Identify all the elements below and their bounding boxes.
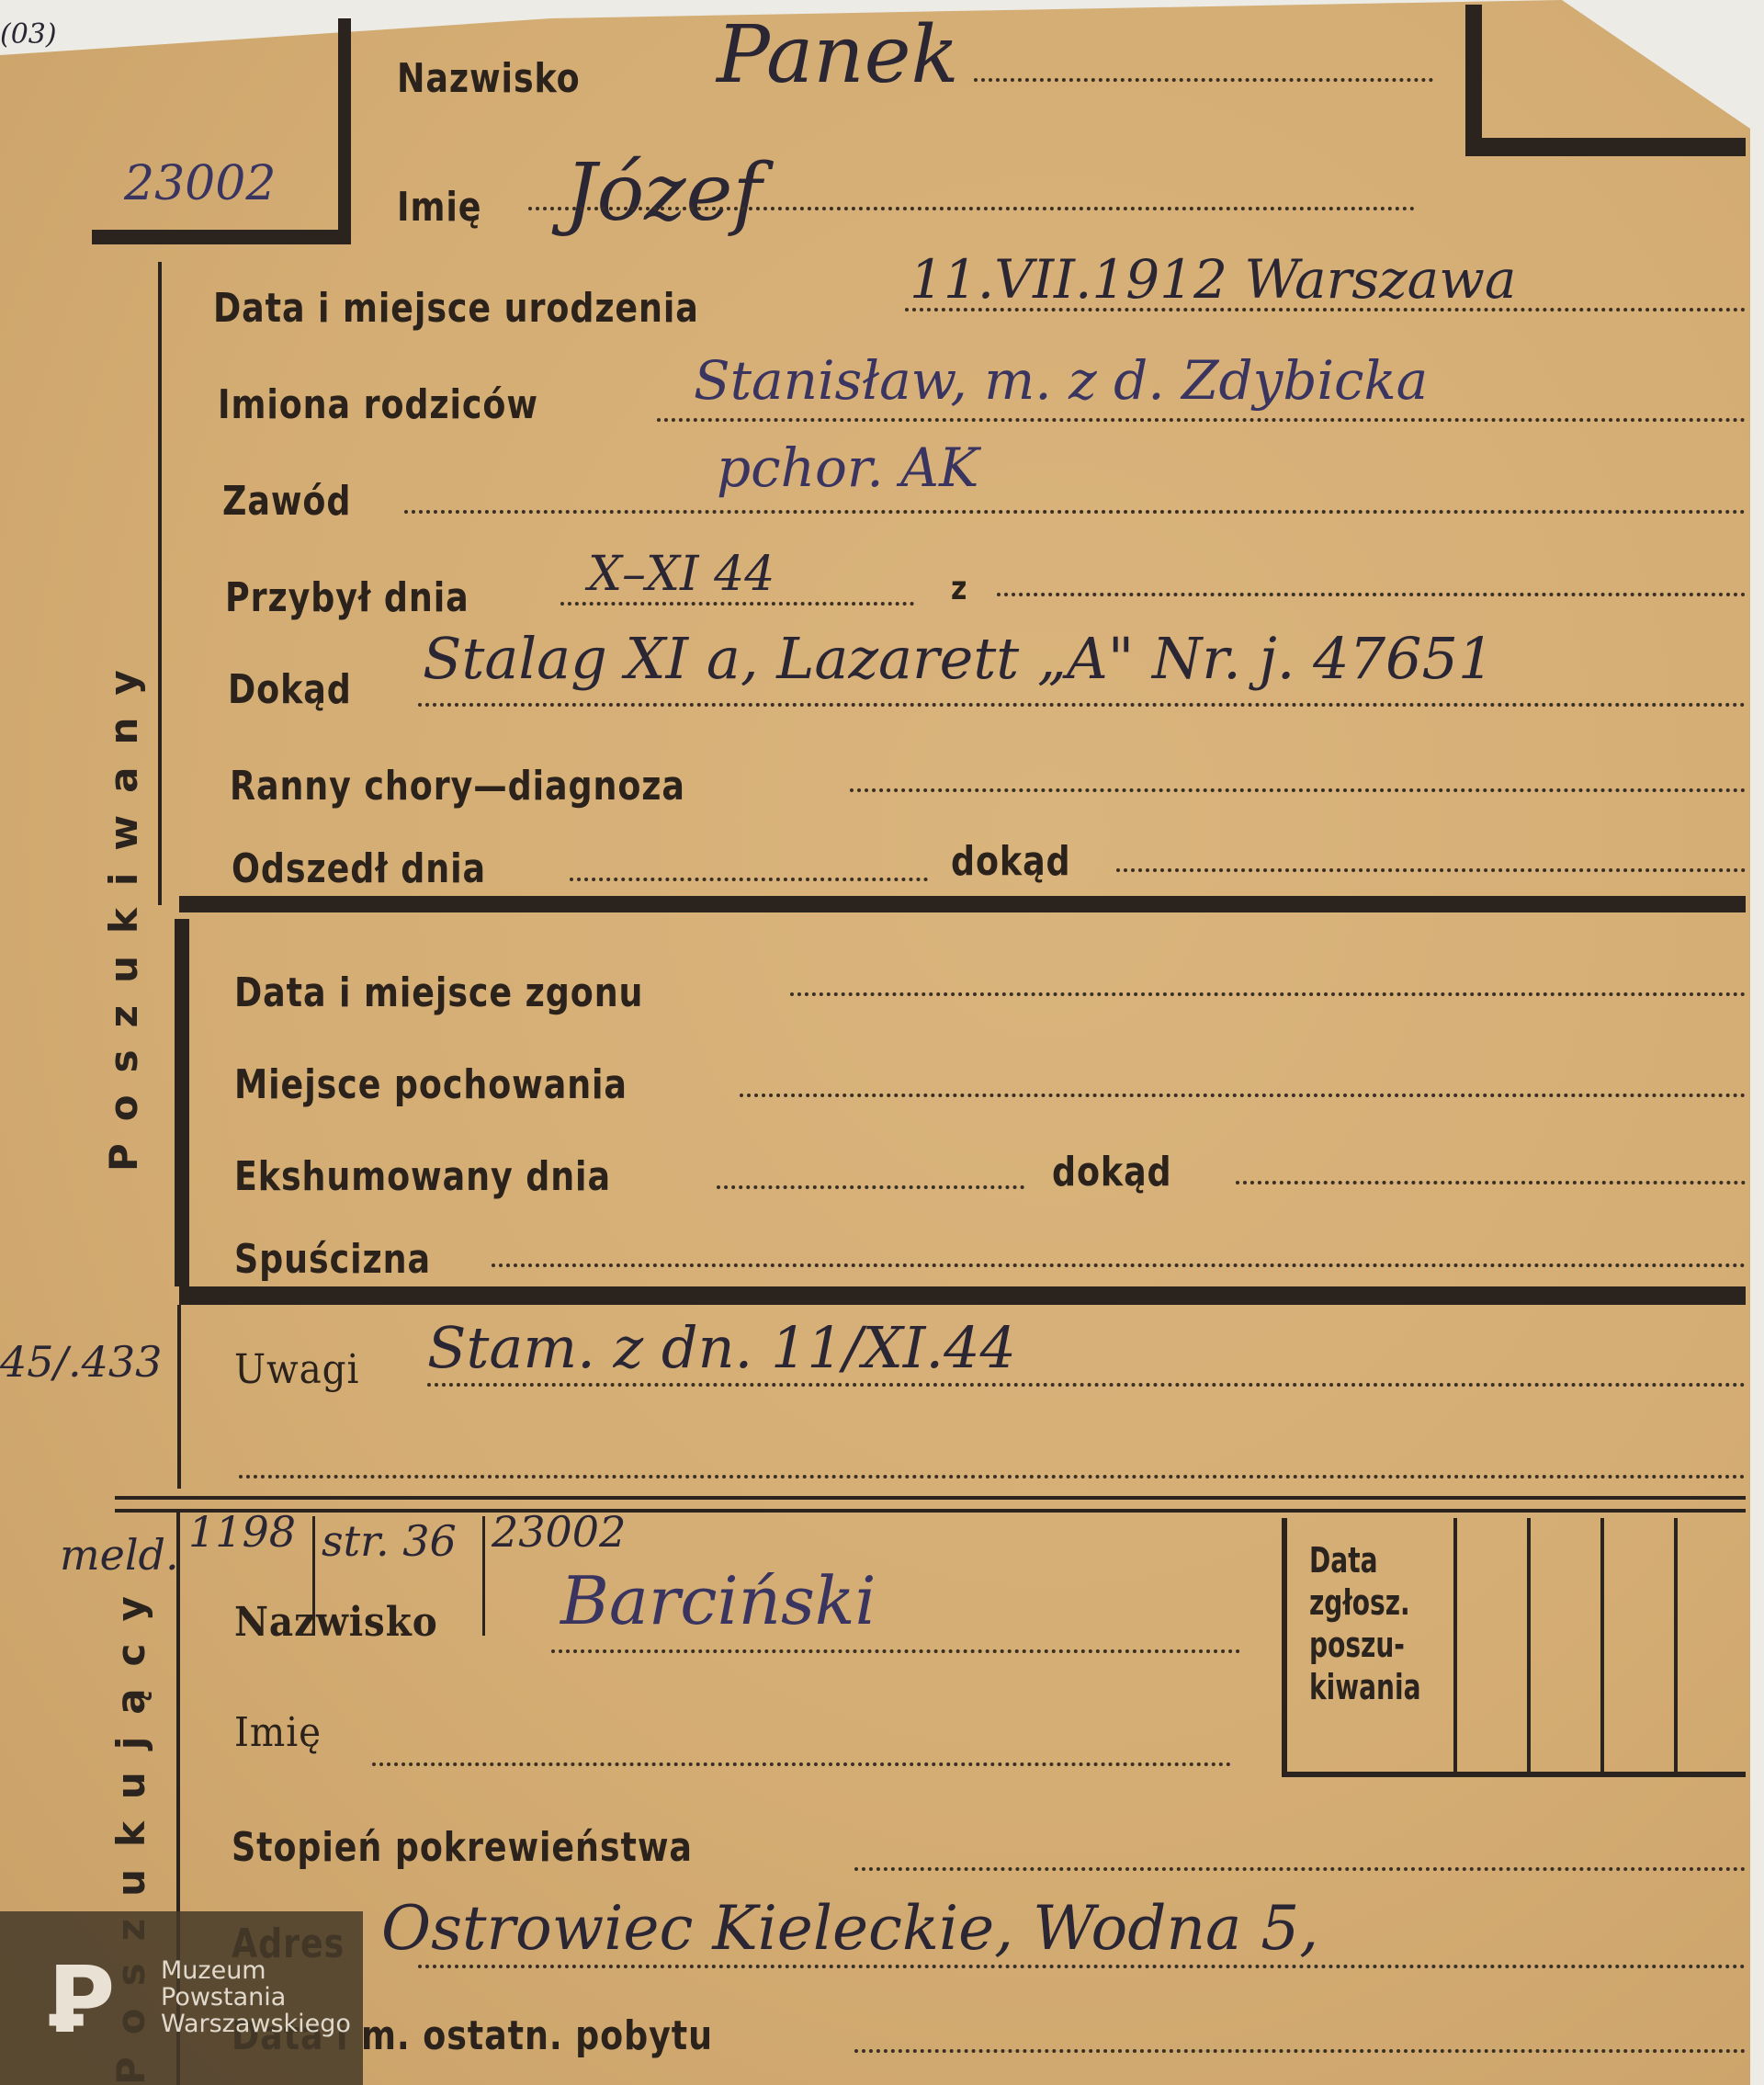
arrived-line (560, 602, 914, 606)
surname-label: Nazwisko (397, 55, 581, 102)
left-to-label: dokąd (951, 838, 1071, 885)
arrived-from-label: z (951, 570, 967, 607)
arrived-value[interactable]: X–XI 44 (588, 547, 775, 602)
section-bar-2 (179, 1286, 1746, 1305)
double-rule-bottom (115, 1509, 1746, 1513)
remarks-line (427, 1383, 1746, 1387)
header-bar (92, 230, 351, 244)
left-label: Odszedł dnia (232, 845, 486, 892)
remarks-margin-note: 45/.433 (0, 1337, 162, 1387)
museum-watermark: Ꝑ Muzeum Powstania Warszawskiego (0, 1911, 363, 2085)
box-col-2 (1527, 1518, 1531, 1772)
museum-name-line-3: Warszawskiego (161, 2011, 351, 2037)
box-line-4: kiwania (1309, 1666, 1421, 1708)
address-line (418, 1965, 1746, 1968)
estate-line (492, 1263, 1746, 1267)
birth-line (905, 308, 1746, 312)
box-line-1: Data (1309, 1539, 1421, 1581)
searcher-surname-label: Nazwisko (234, 1599, 438, 1646)
first-name-label: Imię (397, 184, 481, 231)
museum-name-line-1: Muzeum (161, 1957, 351, 1984)
surname-value[interactable]: Panek (717, 9, 959, 101)
death-line (790, 992, 1746, 996)
occupation-line (404, 510, 1746, 514)
card-number: 23002 (124, 156, 276, 211)
left-line (570, 878, 928, 881)
wounded-line (850, 788, 1746, 792)
birth-label: Data i miejsce urodzenia (213, 285, 699, 332)
burial-label: Miejsce pochowania (234, 1061, 628, 1108)
parents-value[interactable]: Stanisław, m. z d. Zdybicka (694, 349, 1428, 412)
exhumed-to-line (1236, 1181, 1746, 1184)
occupation-label: Zawód (222, 478, 351, 525)
parents-line (657, 418, 1746, 422)
searcher-ref-number: 1198 (188, 1507, 296, 1557)
box-col-1 (1453, 1518, 1457, 1772)
box-col-4 (1674, 1518, 1678, 1772)
destination-line (418, 703, 1746, 707)
birth-value[interactable]: 11.VII.1912 Warszawa (910, 248, 1516, 311)
first-name-value[interactable]: Józef (565, 147, 762, 239)
searcher-ref-page: str. 36 (322, 1516, 457, 1566)
corner-note: (03) (0, 18, 57, 51)
first-name-line (528, 207, 1415, 210)
box-line-3: poszu- (1309, 1624, 1421, 1666)
section-bar-1 (179, 896, 1746, 912)
request-date-box-label: Data zgłosz. poszu- kiwania (1309, 1539, 1421, 1708)
corner-bracket-v (1465, 5, 1482, 156)
corner-bracket-h (1465, 138, 1746, 156)
box-col-3 (1600, 1518, 1604, 1772)
header-divider (338, 18, 351, 239)
box-left (1282, 1518, 1287, 1772)
sought-person-vertical-label: Poszukiwany (101, 648, 146, 1172)
museum-name: Muzeum Powstania Warszawskiego (161, 1957, 351, 2037)
ref-separator-2 (482, 1516, 485, 1636)
box-line-2: zgłosz. (1309, 1581, 1421, 1624)
searcher-first-name-label: Imię (234, 1709, 322, 1756)
burial-line (740, 1093, 1746, 1097)
double-rule-top (115, 1496, 1746, 1500)
museum-name-line-2: Powstania (161, 1984, 351, 2011)
section-divider-left (158, 262, 162, 905)
estate-label: Spuścizna (234, 1236, 431, 1283)
box-bottom (1282, 1772, 1746, 1777)
searcher-ref-card: 23002 (492, 1507, 626, 1557)
remarks-label: Uwagi (234, 1346, 359, 1393)
remarks-line-2 (239, 1475, 1746, 1479)
relation-line (854, 1867, 1746, 1871)
surname-line (974, 78, 1433, 82)
exhumed-to-label: dokąd (1052, 1149, 1172, 1195)
destination-value[interactable]: Stalag XI a, Lazarett „A" Nr. j. 47651 (423, 625, 1494, 692)
searcher-surname-value[interactable]: Barciński (560, 1562, 876, 1639)
death-section-divider (175, 919, 189, 1286)
occupation-value[interactable]: pchor. AK (717, 436, 978, 499)
remarks-value[interactable]: Stam. z dn. 11/XI.44 (427, 1314, 1016, 1381)
exhumed-line (717, 1185, 1024, 1189)
address-value[interactable]: Ostrowiec Kieleckie, Wodna 5, (381, 1893, 1318, 1964)
wounded-label: Ranny chory—diagnoza (230, 763, 685, 810)
left-to-line (1116, 868, 1746, 872)
death-label: Data i miejsce zgonu (234, 969, 643, 1016)
arrived-from-line (997, 593, 1746, 596)
parents-label: Imiona rodziców (218, 381, 538, 428)
searcher-ref-meld: meld. (60, 1530, 179, 1580)
destination-label: Dokąd (228, 666, 352, 713)
last-stay-line (854, 2049, 1746, 2053)
searcher-first-name-line (372, 1762, 1231, 1766)
exhumed-label: Ekshumowany dnia (234, 1153, 611, 1200)
remarks-divider (177, 1305, 181, 1489)
relation-label: Stopień pokrewieństwa (232, 1824, 693, 1871)
kotwica-logo-icon: Ꝑ (48, 1950, 140, 2051)
arrived-label: Przybył dnia (225, 574, 469, 621)
searcher-surname-line (551, 1649, 1240, 1653)
